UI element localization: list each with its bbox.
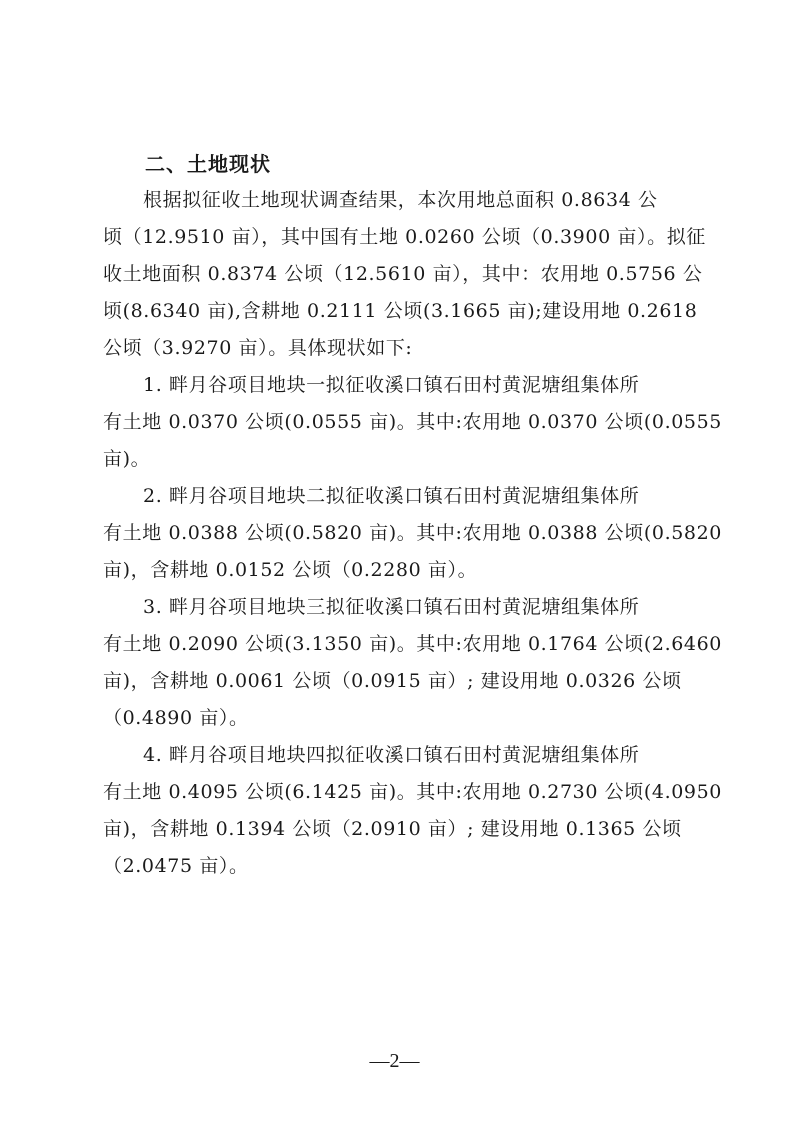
text-line: 4. 畔月谷项目地块四拟征收溪口镇石田村黄泥塘组集体所 xyxy=(103,737,693,774)
section-heading: 二、土地现状 xyxy=(145,146,271,182)
paragraph-plot-3: 3. 畔月谷项目地块三拟征收溪口镇石田村黄泥塘组集体所 有土地 0.2090 公… xyxy=(103,589,693,737)
text-line: 亩)，含耕地 0.0061 公顷（0.0915 亩）; 建设用地 0.0326 … xyxy=(63,663,693,700)
text-line: 亩)，含耕地 0.0152 公顷（0.2280 亩）。 xyxy=(63,552,693,589)
paragraph-plot-1: 1. 畔月谷项目地块一拟征收溪口镇石田村黄泥塘组集体所 有土地 0.0370 公… xyxy=(103,367,693,478)
text-line: 3. 畔月谷项目地块三拟征收溪口镇石田村黄泥塘组集体所 xyxy=(103,589,693,626)
text-line: 有土地 0.4095 公顷(6.1425 亩)。其中:农用地 0.2730 公顷… xyxy=(63,774,693,811)
text-line: 有土地 0.0388 公顷(0.5820 亩)。其中:农用地 0.0388 公顷… xyxy=(63,515,693,552)
paragraph-plot-4: 4. 畔月谷项目地块四拟征收溪口镇石田村黄泥塘组集体所 有土地 0.4095 公… xyxy=(103,737,693,885)
text-line: 亩)。 xyxy=(63,441,693,478)
page-number: —2— xyxy=(0,1048,789,1074)
paragraph-plot-2: 2. 畔月谷项目地块二拟征收溪口镇石田村黄泥塘组集体所 有土地 0.0388 公… xyxy=(103,478,693,589)
text-line: （2.0475 亩）。 xyxy=(63,848,693,885)
document-page: 二、土地现状 根据拟征收土地现状调查结果，本次用地总面积 0.8634 公 顷（… xyxy=(0,0,789,1122)
text-line: 亩)，含耕地 0.1394 公顷（2.0910 亩）; 建设用地 0.1365 … xyxy=(63,811,693,848)
text-line: 公顷（3.9270 亩）。具体现状如下: xyxy=(63,330,693,367)
document-body: 根据拟征收土地现状调查结果，本次用地总面积 0.8634 公 顷（12.9510… xyxy=(103,182,693,885)
text-line: 2. 畔月谷项目地块二拟征收溪口镇石田村黄泥塘组集体所 xyxy=(103,478,693,515)
text-line: 根据拟征收土地现状调查结果，本次用地总面积 0.8634 公 xyxy=(103,182,693,219)
text-line: 顷（12.9510 亩），其中国有土地 0.0260 公顷（0.3900 亩）。… xyxy=(63,219,693,256)
text-line: 收土地面积 0.8374 公顷（12.5610 亩），其中：农用地 0.5756… xyxy=(63,256,693,293)
text-line: 顷(8.6340 亩),含耕地 0.2111 公顷(3.1665 亩);建设用地… xyxy=(63,293,693,330)
text-line: （0.4890 亩）。 xyxy=(63,700,693,737)
text-line: 有土地 0.2090 公顷(3.1350 亩)。其中:农用地 0.1764 公顷… xyxy=(63,626,693,663)
text-line: 有土地 0.0370 公顷(0.0555 亩)。其中:农用地 0.0370 公顷… xyxy=(63,404,693,441)
paragraph-summary: 根据拟征收土地现状调查结果，本次用地总面积 0.8634 公 顷（12.9510… xyxy=(103,182,693,367)
text-line: 1. 畔月谷项目地块一拟征收溪口镇石田村黄泥塘组集体所 xyxy=(103,367,693,404)
